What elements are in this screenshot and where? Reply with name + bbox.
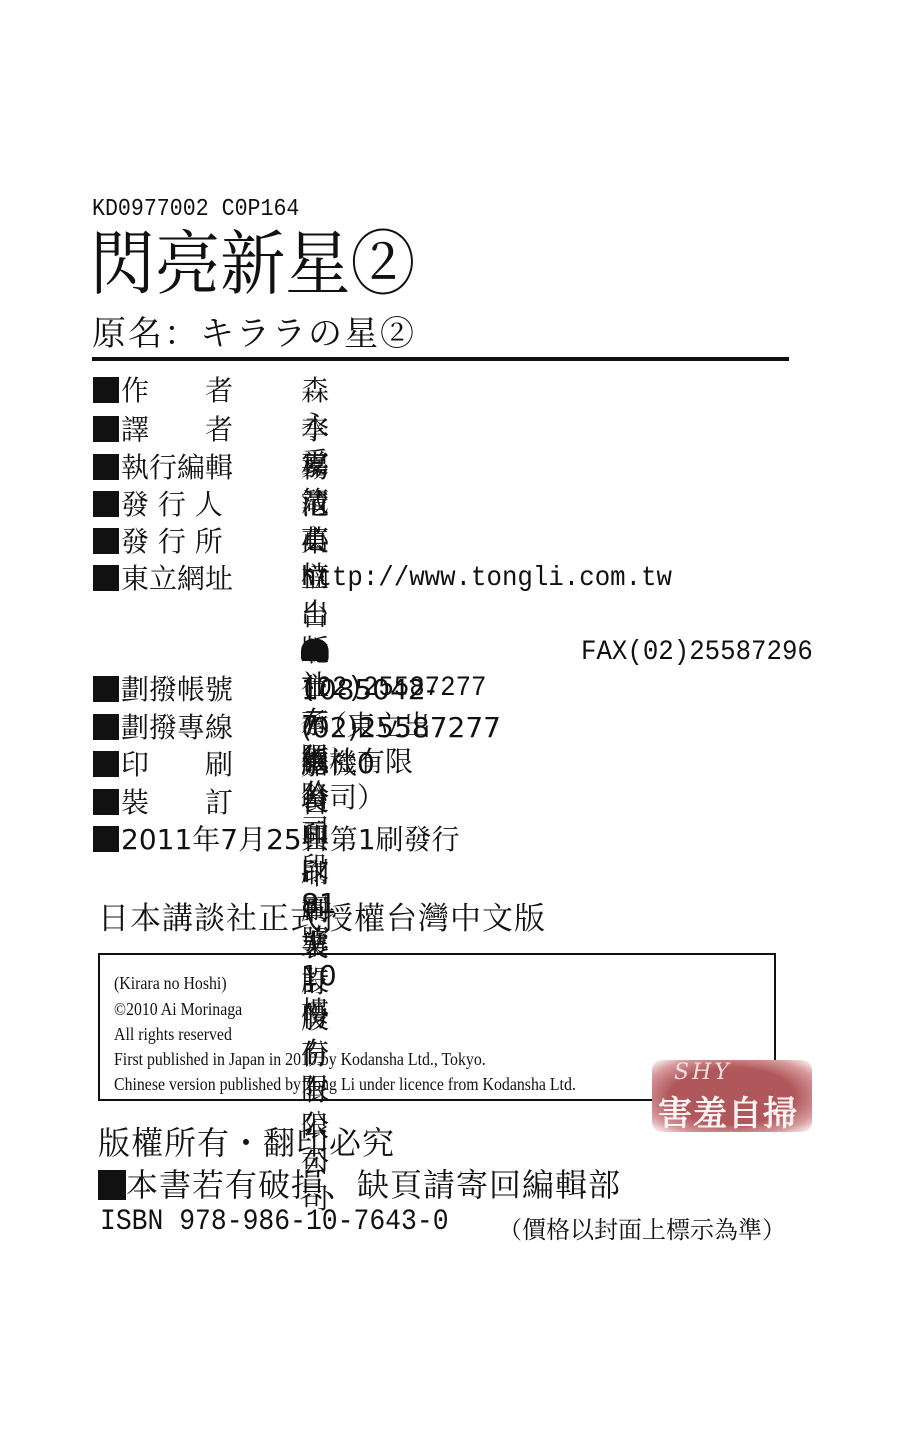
bullet-square-icon	[93, 454, 119, 480]
copyright-line: All rights reserved	[114, 1024, 232, 1044]
bullet-square-icon	[93, 565, 119, 591]
credit-label: 印 刷	[121, 748, 233, 781]
credit-value: (02)25587277 總機0	[301, 710, 501, 782]
product-code: KD0977002 C0P164	[92, 196, 299, 223]
bullet-square-icon	[93, 789, 119, 815]
bullet-square-icon	[93, 676, 119, 702]
bullet-square-icon	[93, 528, 119, 554]
fax-number: FAX(02)25587296	[581, 635, 813, 671]
stamp-text: 害羞自掃	[658, 1086, 798, 1135]
stamp-latin: SHY	[674, 1060, 732, 1085]
copyright-line: (Kirara no Hoshi)	[114, 973, 227, 993]
scanlation-stamp: SHY 害羞自掃	[652, 1060, 812, 1132]
credit-label: 東立網址	[121, 562, 233, 595]
credit-label: 裝 訂	[121, 786, 233, 819]
credit-label: 劃撥帳號	[121, 673, 233, 706]
credit-label: 劃撥專線	[121, 711, 233, 744]
credit-label: 發 行 所	[121, 525, 223, 558]
damage-notice: 本書若有破損、缺頁請寄回編輯部	[126, 1166, 621, 1204]
credit-label: 譯 者	[121, 413, 233, 446]
isbn: ISBN 978-986-10-7643-0	[100, 1205, 449, 1239]
bullet-square-icon	[93, 751, 119, 777]
release-date: 2011年7月25日第1刷發行	[121, 823, 460, 856]
bullet-square-icon	[93, 826, 119, 852]
bullet-square-icon	[93, 491, 119, 517]
bullet-square-icon	[93, 714, 119, 740]
original-title: 原名：キララの星②	[92, 312, 416, 356]
price-note: （價格以封面上標示為準）	[498, 1210, 786, 1245]
damage-notice-row: 本書若有破損、缺頁請寄回編輯部	[98, 1160, 621, 1206]
bullet-square-icon	[93, 377, 119, 403]
bullet-square-icon	[93, 416, 119, 442]
book-title: 閃亮新星②	[90, 222, 416, 306]
copyright-line: ©2010 Ai Morinaga	[114, 999, 242, 1019]
copyright-line: Chinese version published by Tong Li und…	[114, 1074, 576, 1094]
website-url: http://www.tongli.com.tw	[301, 561, 672, 597]
divider	[92, 357, 789, 361]
telephone-icon	[301, 639, 329, 661]
license-notice: 日本講談社正式授權台灣中文版	[98, 893, 546, 938]
credit-label: 作 者	[121, 374, 233, 407]
bullet-square-icon	[98, 1170, 126, 1200]
credit-label: 發 行 人	[121, 488, 223, 521]
copyright-line: First published in Japan in 2010 by Koda…	[114, 1049, 486, 1069]
rights-notice: 版權所有・翻印必究	[98, 1118, 395, 1164]
credit-label: 執行編輯	[121, 451, 233, 484]
